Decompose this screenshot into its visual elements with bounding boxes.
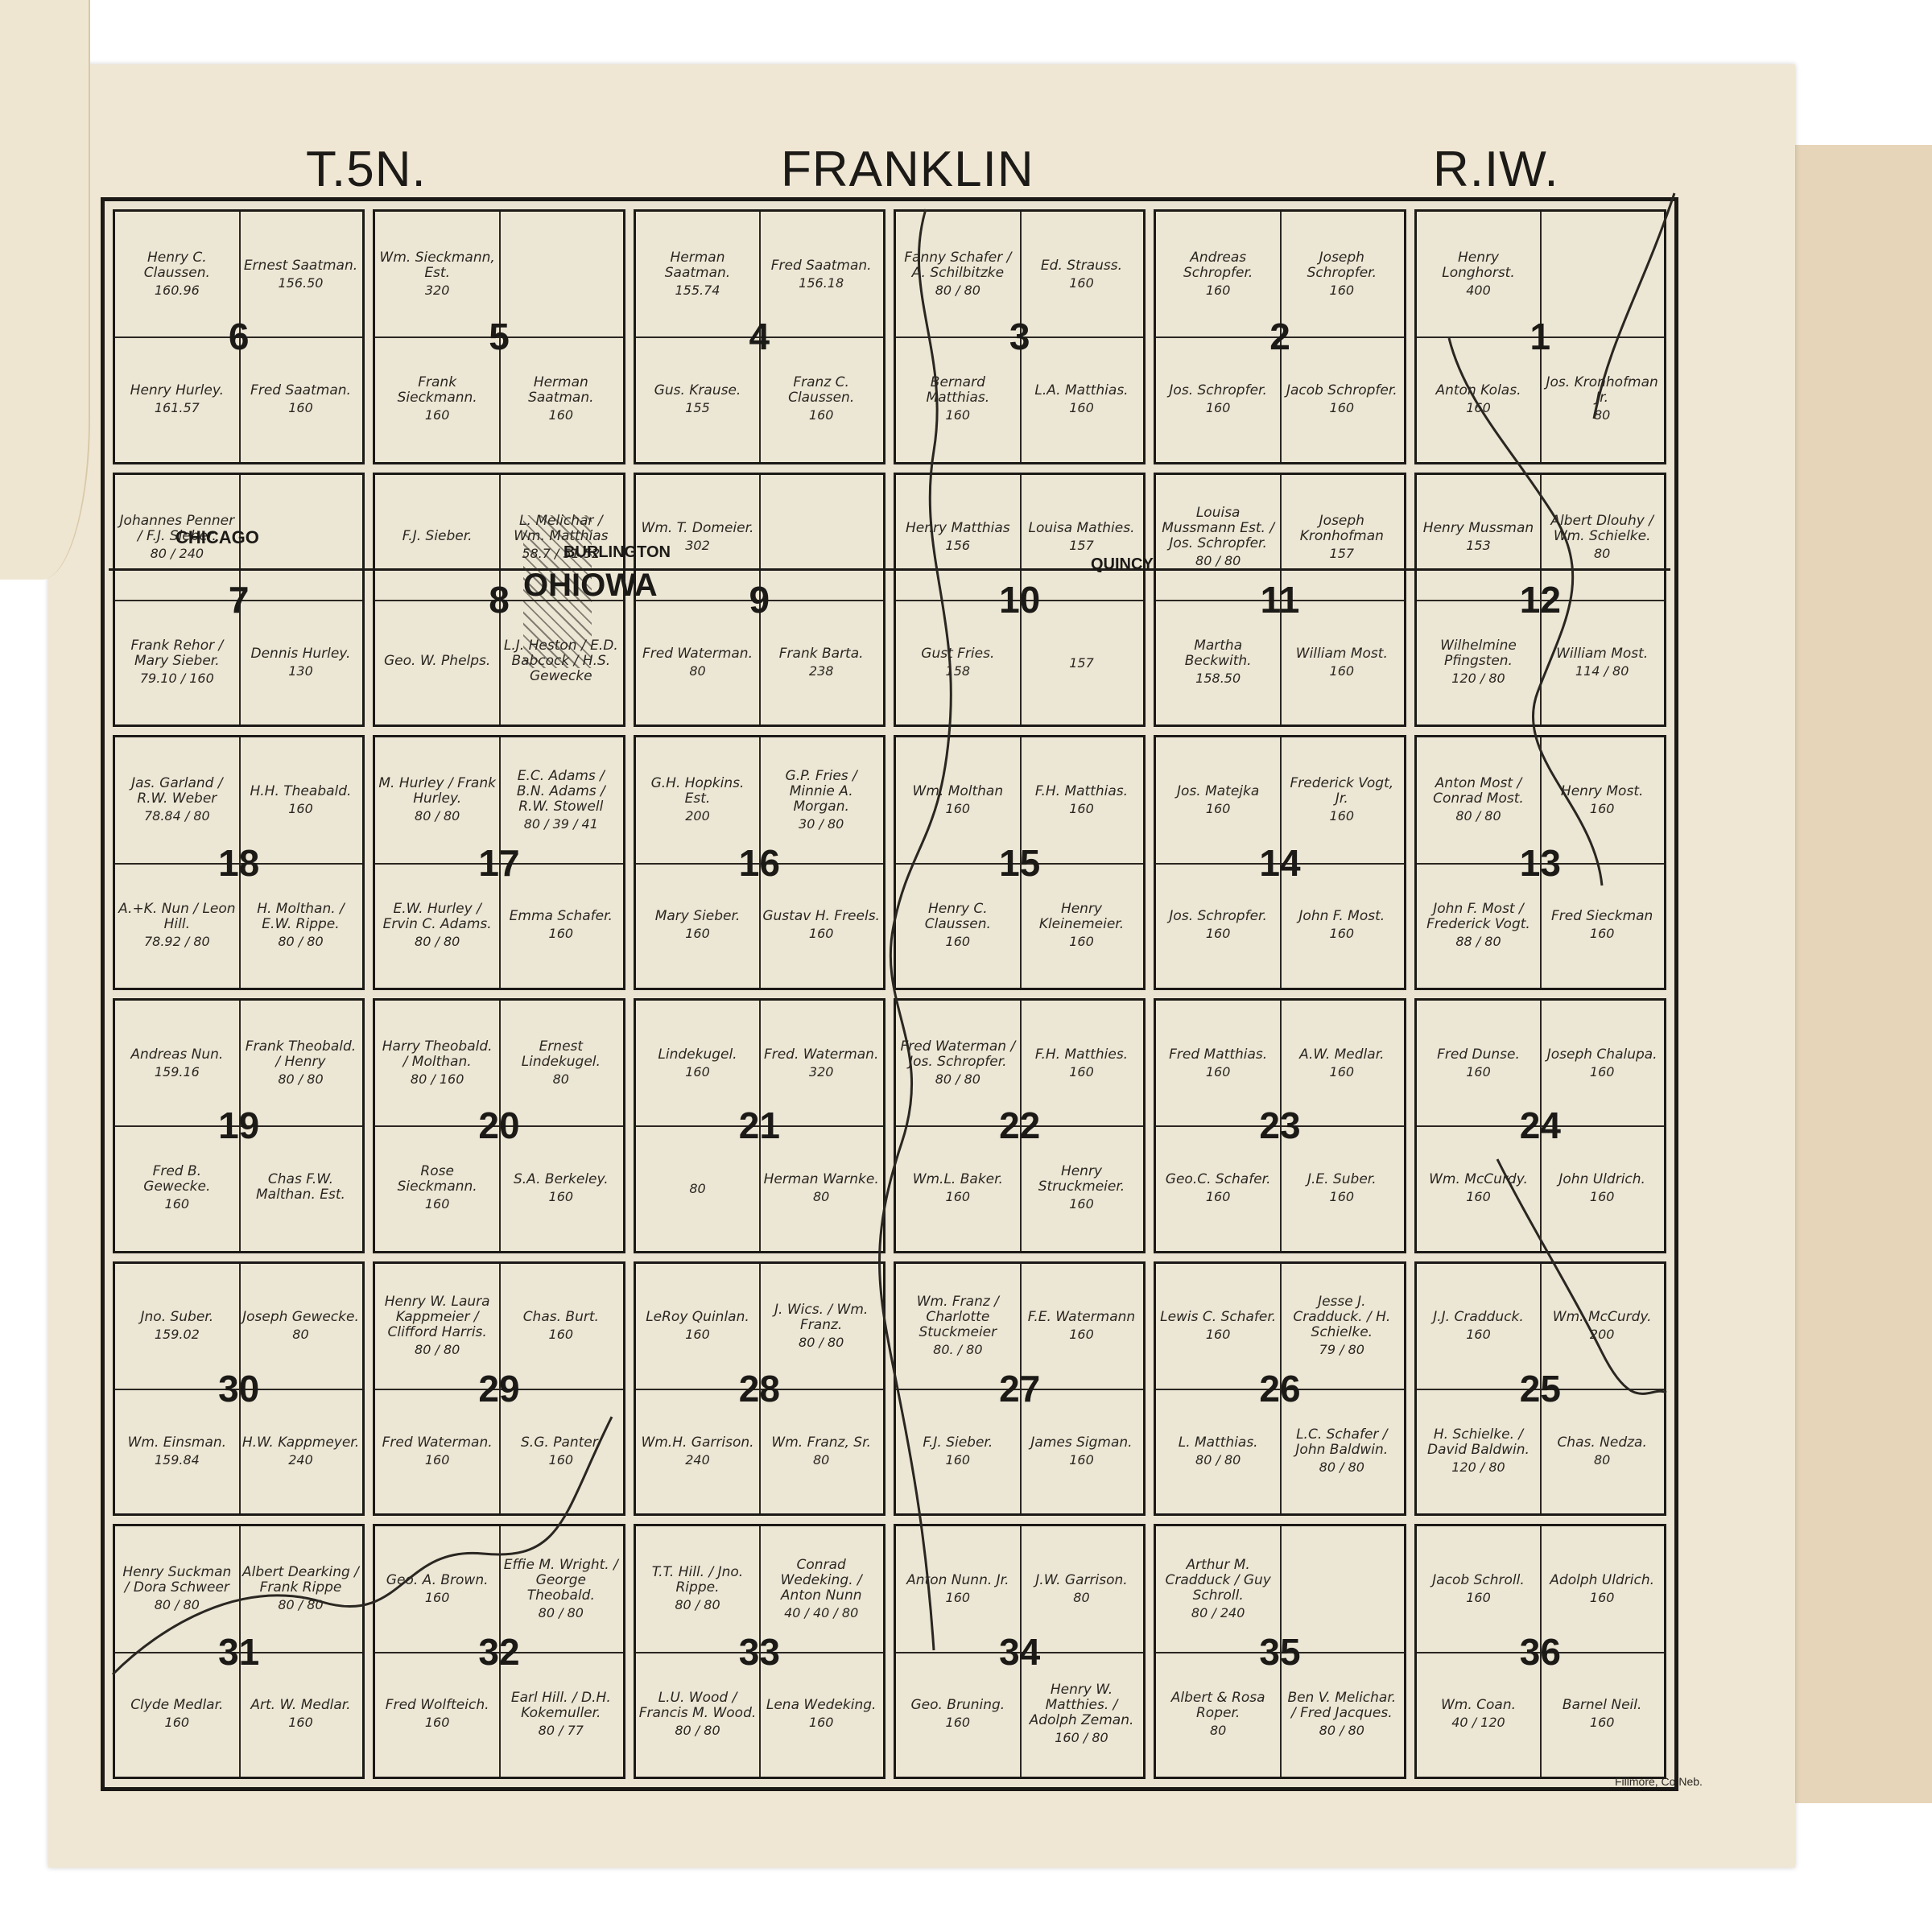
owner-name: Anton Most / Conrad Most. <box>1420 776 1538 807</box>
parcel: Henry Longhorst.400 <box>1417 212 1541 336</box>
owner-name: Louisa Mussmann Est. / Jos. Schropfer. <box>1159 506 1277 551</box>
parcel-acres: 80 / 80 <box>415 808 460 824</box>
owner-name: Henry W. Laura Kappmeier / Clifford Harr… <box>378 1294 496 1340</box>
section-number: 18 <box>218 841 259 885</box>
parcel-acres: 160 <box>1069 1452 1094 1468</box>
parcel: Ed. Strauss.160 <box>1020 212 1144 336</box>
section-1: Henry Longhorst.400Anton Kolas.160Jos. K… <box>1414 209 1666 464</box>
parcel-acres: 30 / 80 <box>799 816 844 832</box>
section-number: 24 <box>1520 1104 1561 1147</box>
parcel-acres: 160 <box>809 407 834 423</box>
parcel-acres: 320 <box>425 283 450 298</box>
owner-name: Barnel Neil. <box>1563 1698 1641 1713</box>
parcel-acres: 320 <box>809 1064 834 1080</box>
section-3: Fanny Schafer / A. Schilbitzke80 / 80Ed.… <box>894 209 1146 464</box>
parcel: Frank Sieckmann.160 <box>375 336 499 461</box>
parcel-acres: 160 <box>288 801 313 816</box>
owner-name: Frank Sieckmann. <box>378 375 496 406</box>
parcel-acres: 160 <box>946 1189 971 1204</box>
section-4: Herman Saatman.155.74Fred Saatman.156.18… <box>634 209 885 464</box>
section-number: 16 <box>739 841 780 885</box>
owner-name: Fred Dunse. <box>1437 1047 1520 1063</box>
section-29: Henry W. Laura Kappmeier / Clifford Harr… <box>373 1261 625 1517</box>
owner-name: F.H. Matthias. <box>1035 784 1128 799</box>
parcel: Fred Waterman.80 <box>636 600 760 724</box>
parcel-acres: 160 <box>946 1452 971 1468</box>
owner-name: Frederick Vogt, Jr. <box>1283 776 1401 807</box>
section-number: 33 <box>739 1630 780 1674</box>
parcel-acres: 80 <box>689 1181 705 1196</box>
parcel-acres: 160 <box>1590 926 1615 941</box>
section-number: 3 <box>1009 315 1030 358</box>
parcel-acres: 160 <box>1330 400 1355 415</box>
owner-name: Henry C. Claussen. <box>118 250 236 281</box>
parcel-acres: 160 <box>946 1590 971 1605</box>
section-number: 25 <box>1520 1367 1561 1410</box>
owner-name: Lena Wedeking. <box>766 1698 877 1713</box>
owner-name: Clyde Medlar. <box>130 1698 223 1713</box>
parcel: Geo. W. Phelps. <box>375 600 499 724</box>
section-number: 31 <box>218 1630 259 1674</box>
section-number: 19 <box>218 1104 259 1147</box>
owner-name: Adolph Uldrich. <box>1550 1573 1654 1588</box>
section-22: Fred Waterman / Jos. Schropfer.80 / 80F.… <box>894 998 1146 1253</box>
parcel-acres: 160 <box>1466 1590 1491 1605</box>
section-35: Arthur M. Cradduck / Guy Schroll.80 / 24… <box>1154 1524 1406 1779</box>
owner-name: Fred Waterman. <box>382 1435 493 1451</box>
owner-name: Ernest Saatman. <box>244 258 357 274</box>
owner-name: Wm. McCurdy. <box>1429 1172 1528 1187</box>
section-14: Jos. Matejka160Frederick Vogt, Jr.160Jos… <box>1154 735 1406 990</box>
owner-name: Lewis C. Schafer. <box>1160 1310 1276 1325</box>
owner-name: Herman Saatman. <box>502 375 620 406</box>
section-24: Fred Dunse.160Joseph Chalupa.160Wm. McCu… <box>1414 998 1666 1253</box>
owner-name: A.+K. Nun / Leon Hill. <box>118 902 236 932</box>
parcel-acres: 80 / 80 <box>1319 1459 1364 1475</box>
owner-name: Jesse J. Cradduck. / H. Schielke. <box>1283 1294 1401 1340</box>
owner-name: Fred Saatman. <box>771 258 872 274</box>
parcel-acres: 200 <box>685 808 710 824</box>
section-18: Jas. Garland / R.W. Weber78.84 / 80H.H. … <box>113 735 365 990</box>
parcel-acres: 160 <box>1590 1590 1615 1605</box>
parcel-acres: 80 / 80 <box>1455 808 1501 824</box>
section-11: Louisa Mussmann Est. / Jos. Schropfer.80… <box>1154 473 1406 728</box>
section-number: 22 <box>999 1104 1040 1147</box>
section-number: 35 <box>1259 1630 1300 1674</box>
parcel-acres: 80 / 77 <box>539 1723 584 1738</box>
owner-name: Geo.C. Schafer. <box>1166 1172 1271 1187</box>
parcel-acres: 114 / 80 <box>1575 663 1629 679</box>
owner-name: H. Schielke. / David Baldwin. <box>1420 1427 1538 1458</box>
parcel-acres: 160.96 <box>155 283 200 298</box>
parcel-acres: 40 / 120 <box>1451 1715 1505 1730</box>
owner-name: Wm.L. Baker. <box>913 1172 1003 1187</box>
parcel <box>759 475 883 600</box>
owner-name: L.C. Schafer / John Baldwin. <box>1283 1427 1401 1458</box>
owner-name: Fanny Schafer / A. Schilbitzke <box>899 250 1017 281</box>
parcel-acres: 160 <box>946 1715 971 1730</box>
owner-name: Geo. Bruning. <box>910 1698 1005 1713</box>
parcel-acres: 130 <box>288 663 313 679</box>
owner-name: Albert Dearking / Frank Rippe <box>242 1565 360 1596</box>
parcel-acres: 160 <box>946 801 971 816</box>
parcel-acres: 160 <box>165 1196 190 1212</box>
parcel-acres: 80 <box>1594 546 1610 561</box>
parcel-acres: 155.74 <box>675 283 720 298</box>
town-label-chicago: CHICAGO <box>175 527 259 548</box>
parcel-acres: 160 <box>1466 1189 1491 1204</box>
owner-name: F.E. Watermann <box>1028 1310 1135 1325</box>
owner-name: Fred Waterman. <box>642 646 753 662</box>
owner-name: Chas. Burt. <box>523 1310 599 1325</box>
parcel-acres: 400 <box>1466 283 1491 298</box>
town-label-ohiowa: OHIOWA <box>523 568 658 604</box>
section-number: 15 <box>999 841 1040 885</box>
owner-name: Harry Theobald. / Molthan. <box>378 1039 496 1070</box>
section-27: Wm. Franz / Charlotte Stuckmeier80. / 80… <box>894 1261 1146 1517</box>
parcel-acres: 78.92 / 80 <box>144 934 210 949</box>
section-16: G.H. Hopkins. Est.200G.P. Fries / Minnie… <box>634 735 885 990</box>
parcel-acres: 80 <box>1073 1590 1089 1605</box>
section-30: Jno. Suber.159.02Joseph Gewecke.80Wm. Ei… <box>113 1261 365 1517</box>
section-number: 36 <box>1520 1630 1561 1674</box>
owner-name: Henry C. Claussen. <box>899 902 1017 932</box>
parcel-acres: 80 / 80 <box>675 1723 720 1738</box>
parcel-acres: 80 / 80 <box>935 1071 980 1087</box>
owner-name: Wm. Franz / Charlotte Stuckmeier <box>899 1294 1017 1340</box>
parcel-acres: 160 <box>549 407 574 423</box>
owner-name: Andreas Schropfer. <box>1159 250 1277 281</box>
parcel-acres: 80 / 240 <box>1191 1605 1245 1620</box>
parcel-acres: 80 / 80 <box>799 1335 844 1350</box>
parcel-acres: 160 <box>685 1064 710 1080</box>
owner-name: Henry Matthias <box>906 521 1010 536</box>
owner-name: Jos. Schropfer. <box>1169 909 1266 924</box>
section-number: 29 <box>478 1367 519 1410</box>
section-7: Johannes Penner / F.J. Sieber.80 / 240Fr… <box>113 473 365 728</box>
owner-name: Jacob Schropfer. <box>1286 383 1397 398</box>
parcel-acres: 240 <box>685 1452 710 1468</box>
parcel-acres: 80 / 80 <box>415 934 460 949</box>
section-number: 30 <box>218 1367 259 1410</box>
section-number: 1 <box>1530 315 1551 358</box>
parcel: F.J. Sieber. <box>375 475 499 600</box>
owner-name: G.H. Hopkins. Est. <box>639 776 757 807</box>
owner-name: Wm. Molthan <box>913 784 1004 799</box>
owner-name: M. Hurley / Frank Hurley. <box>378 776 496 807</box>
parcel-acres: 160 <box>425 1590 450 1605</box>
owner-name: T.T. Hill. / Jno. Rippe. <box>639 1565 757 1596</box>
owner-name: Fred B. Gewecke. <box>118 1164 236 1195</box>
parcel-acres: 156.18 <box>799 275 844 291</box>
owner-name: Fred Matthias. <box>1169 1047 1267 1063</box>
section-number: 20 <box>478 1104 519 1147</box>
section-number: 4 <box>749 315 770 358</box>
owner-name: Frank Rehor / Mary Sieber. <box>118 638 236 669</box>
folded-page-corner <box>0 0 90 580</box>
parcel: Fred Saatman.156.18 <box>759 212 883 336</box>
owner-name: Wm. Coan. <box>1441 1698 1516 1713</box>
parcel-acres: 156.50 <box>278 275 323 291</box>
section-number: 6 <box>229 315 250 358</box>
owner-name: Lindekugel. <box>658 1047 737 1063</box>
parcel-acres: 160 <box>165 1715 190 1730</box>
owner-name: Emma Schafer. <box>510 909 613 924</box>
owner-name: H.H. Theabald. <box>250 784 352 799</box>
parcel: Joseph Schropfer.160 <box>1280 212 1404 336</box>
owner-name: Wm. Franz, Sr. <box>771 1435 871 1451</box>
owner-name: Wilhelmine Pfingsten. <box>1420 638 1538 669</box>
owner-name: Henry Hurley. <box>130 383 224 398</box>
owner-name: J.E. Suber. <box>1307 1172 1377 1187</box>
section-number: 21 <box>739 1104 780 1147</box>
section-26: Lewis C. Schafer.160Jesse J. Cradduck. /… <box>1154 1261 1406 1517</box>
parcel-acres: 157 <box>1069 538 1094 553</box>
section-23: Fred Matthias.160A.W. Medlar.160Geo.C. S… <box>1154 998 1406 1253</box>
owner-name: Albert & Rosa Roper. <box>1159 1690 1277 1721</box>
owner-name: Henry Struckmeier. <box>1023 1164 1141 1195</box>
section-number: 26 <box>1259 1367 1300 1410</box>
owner-name: John F. Most / Frederick Vogt. <box>1420 902 1538 932</box>
owner-name: Jas. Garland / R.W. Weber <box>118 776 236 807</box>
section-25: J.J. Cradduck.160Wm. McCurdy.200H. Schie… <box>1414 1261 1666 1517</box>
parcel-acres: 160 <box>425 407 450 423</box>
owner-name: A.W. Medlar. <box>1299 1047 1384 1063</box>
owner-name: Joseph Chalupa. <box>1547 1047 1657 1063</box>
back-page-edge <box>1787 145 1932 1803</box>
parcel-acres: 160 <box>288 400 313 415</box>
owner-name: Frank Theobald. / Henry <box>242 1039 360 1070</box>
owner-name: Ben V. Melichar. / Fred Jacques. <box>1283 1690 1401 1721</box>
parcel-acres: 160 <box>1206 801 1231 816</box>
parcel-acres: 80 / 80 <box>155 1597 200 1612</box>
township-title: FRANKLIN <box>781 141 1034 198</box>
parcel-acres: 161.57 <box>155 400 200 415</box>
parcel-acres: 80. / 80 <box>933 1342 982 1357</box>
owner-name: Dennis Hurley. <box>251 646 351 662</box>
owner-name: Wm. Einsman. <box>128 1435 226 1451</box>
owner-name: Herman Saatman. <box>639 250 757 281</box>
parcel: Frank Barta.238 <box>759 600 883 724</box>
owner-name: Jacob Schroll. <box>1432 1573 1525 1588</box>
section-number: 5 <box>489 315 510 358</box>
owner-name: Henry Kleinemeier. <box>1023 902 1141 932</box>
owner-name: Fred Sieckman <box>1551 909 1653 924</box>
section-5: Wm. Sieckmann, Est.320Frank Sieckmann.16… <box>373 209 625 464</box>
owner-name: L.U. Wood / Francis M. Wood. <box>639 1690 757 1721</box>
owner-name: Wm. T. Domeier. <box>642 521 754 536</box>
owner-name: Ernest Lindekugel. <box>502 1039 620 1070</box>
section-34: Anton Nunn. Jr.160J.W. Garrison.80Geo. B… <box>894 1524 1146 1779</box>
parcel-acres: 160 <box>1590 1715 1615 1730</box>
parcel: Frank Rehor / Mary Sieber.79.10 / 160 <box>115 600 239 724</box>
parcel-acres: 160 <box>685 926 710 941</box>
parcel-acres: 160 <box>1466 400 1491 415</box>
section-6: Henry C. Claussen.160.96Ernest Saatman.1… <box>113 209 365 464</box>
parcel-acres: 160 <box>946 934 971 949</box>
owner-name: Jos. Matejka <box>1177 784 1259 799</box>
owner-name: Gus. Krause. <box>654 383 741 398</box>
owner-name: Chas. Nedza. <box>1557 1435 1646 1451</box>
owner-name: Henry Suckman / Dora Schweer <box>118 1565 236 1596</box>
owner-name: John F. Most. <box>1298 909 1385 924</box>
parcel-acres: 160 <box>1206 1189 1231 1204</box>
parcel-acres: 79.10 / 160 <box>140 671 214 686</box>
owner-name: Arthur M. Cradduck / Guy Schroll. <box>1159 1558 1277 1604</box>
owner-name: LeRoy Quinlan. <box>646 1310 749 1325</box>
parcel: Henry C. Claussen.160.96 <box>115 212 239 336</box>
map-footer: Fillmore, Co Neb. <box>1615 1775 1703 1788</box>
owner-name: Anton Kolas. <box>1435 383 1521 398</box>
parcel-acres: 302 <box>685 538 710 553</box>
section-number: 12 <box>1520 578 1561 621</box>
parcel-acres: 160 <box>1069 275 1094 291</box>
parcel-acres: 160 <box>1330 1064 1355 1080</box>
parcel-acres: 160 <box>1330 808 1355 824</box>
parcel-acres: 160 / 80 <box>1055 1730 1108 1745</box>
parcel: Jos. Schropfer.160 <box>1156 336 1280 461</box>
parcel-acres: 160 <box>1069 934 1094 949</box>
parcel: Fred Saatman.160 <box>239 336 363 461</box>
parcel-acres: 78.84 / 80 <box>144 808 210 824</box>
owner-name: G.P. Fries / Minnie A. Morgan. <box>762 769 880 815</box>
owner-name: L. Matthias. <box>1179 1435 1258 1451</box>
parcel-acres: 160 <box>809 1715 834 1730</box>
parcel-acres: 160 <box>1206 1064 1231 1080</box>
owner-name: E.W. Hurley / Ervin C. Adams. <box>378 902 496 932</box>
parcel: Bernard Matthias.160 <box>896 336 1020 461</box>
owner-name: Mary Sieber. <box>655 909 741 924</box>
parcel-acres: 80 <box>1594 407 1610 423</box>
parcel-acres: 80 / 160 <box>411 1071 464 1087</box>
parcel: Ernest Saatman.156.50 <box>239 212 363 336</box>
parcel-acres: 160 <box>549 1189 574 1204</box>
section-33: T.T. Hill. / Jno. Rippe.80 / 80Conrad We… <box>634 1524 885 1779</box>
owner-name: Geo. W. Phelps. <box>384 654 490 669</box>
parcel-acres: 80 / 39 / 41 <box>524 816 598 832</box>
section-grid: Henry C. Claussen.160.96Ernest Saatman.1… <box>113 209 1666 1779</box>
owner-name: Fred Waterman / Jos. Schropfer. <box>899 1039 1017 1070</box>
owner-name: Effie M. Wright. / George Theobald. <box>502 1558 620 1604</box>
section-number: 7 <box>229 578 250 621</box>
owner-name: Jno. Suber. <box>141 1310 214 1325</box>
owner-name: Earl Hill. / D.H. Kokemuller. <box>502 1690 620 1721</box>
parcel-acres: 159.84 <box>155 1452 200 1468</box>
owner-name: S.A. Berkeley. <box>514 1172 609 1187</box>
section-36: Jacob Schroll.160Adolph Uldrich.160Wm. C… <box>1414 1524 1666 1779</box>
owner-name: Albert Dlouhy / Wm. Schielke. <box>1543 514 1661 544</box>
owner-name: F.J. Sieber. <box>923 1435 993 1451</box>
parcel-acres: 159.02 <box>155 1327 200 1342</box>
parcel <box>1540 212 1664 336</box>
section-number: 9 <box>749 578 770 621</box>
section-32: Geo. A. Brown.160Effie M. Wright. / Geor… <box>373 1524 625 1779</box>
parcel-acres: 157 <box>1330 546 1355 561</box>
section-10: Henry Matthias156Louisa Mathies.157Gust … <box>894 473 1146 728</box>
parcel-acres: 157 <box>1069 655 1094 671</box>
section-19: Andreas Nun.159.16Frank Theobald. / Henr… <box>113 998 365 1253</box>
parcel-acres: 80 <box>553 1071 569 1087</box>
parcel <box>499 212 623 336</box>
parcel: Fanny Schafer / A. Schilbitzke80 / 80 <box>896 212 1020 336</box>
owner-name: Frank Barta. <box>779 646 864 662</box>
parcel: Wm. Sieckmann, Est.320 <box>375 212 499 336</box>
parcel-acres: 160 <box>425 1715 450 1730</box>
parcel-acres: 160 <box>425 1196 450 1212</box>
parcel-acres: 80 / 80 <box>1195 1452 1241 1468</box>
parcel-acres: 160 <box>425 1452 450 1468</box>
township-label: T.5N. <box>306 141 427 198</box>
parcel-acres: 158 <box>946 663 971 679</box>
section-21: Lindekugel.160Fred. Waterman.32080Herman… <box>634 998 885 1253</box>
owner-name: Fred. Waterman. <box>764 1047 878 1063</box>
parcel: Franz C. Claussen.160 <box>759 336 883 461</box>
section-28: LeRoy Quinlan.160J. Wics. / Wm. Franz.80… <box>634 1261 885 1517</box>
parcel: Dennis Hurley.130 <box>239 600 363 724</box>
section-15: Wm. Molthan160F.H. Matthias.160Henry C. … <box>894 735 1146 990</box>
section-number: 28 <box>739 1367 780 1410</box>
owner-name: Geo. A. Brown. <box>386 1573 489 1588</box>
owner-name: Joseph Kronhofman <box>1283 514 1401 544</box>
parcel: L.A. Matthias.160 <box>1020 336 1144 461</box>
parcel-acres: 238 <box>809 663 834 679</box>
parcel-acres: 80 / 80 <box>278 934 323 949</box>
parcel-acres: 88 / 80 <box>1455 934 1501 949</box>
parcel-acres: 120 / 80 <box>1451 1459 1505 1475</box>
parcel-acres: 80 / 80 <box>415 1342 460 1357</box>
owner-name: Wm. Sieckmann, Est. <box>378 250 496 281</box>
parcel-acres: 79 / 80 <box>1319 1342 1364 1357</box>
section-number: 14 <box>1259 841 1300 885</box>
owner-name: Joseph Schropfer. <box>1283 250 1401 281</box>
owner-name: Louisa Mathies. <box>1028 521 1134 536</box>
owner-name: Martha Beckwith. <box>1159 638 1277 669</box>
parcel-acres: 80 / 80 <box>278 1597 323 1612</box>
parcel-acres: 160 <box>288 1715 313 1730</box>
owner-name: Gustav H. Freels. <box>762 909 880 924</box>
section-20: Harry Theobald. / Molthan.80 / 160Ernest… <box>373 998 625 1253</box>
owner-name: Joseph Gewecke. <box>242 1310 359 1325</box>
owner-name: John Uldrich. <box>1558 1172 1645 1187</box>
owner-name: Wm. McCurdy. <box>1553 1310 1652 1325</box>
parcel-acres: 240 <box>288 1452 313 1468</box>
section-number: 2 <box>1269 315 1290 358</box>
section-31: Henry Suckman / Dora Schweer80 / 80Alber… <box>113 1524 365 1779</box>
parcel-acres: 158.50 <box>1195 671 1241 686</box>
parcel-acres: 160 <box>1069 400 1094 415</box>
owner-name: Art. W. Medlar. <box>250 1698 350 1713</box>
parcel-acres: 159.16 <box>155 1064 200 1080</box>
owner-name: Rose Sieckmann. <box>378 1164 496 1195</box>
parcel-acres: 160 <box>1590 1189 1615 1204</box>
parcel-acres: 80 / 80 <box>675 1597 720 1612</box>
owner-name: J. Wics. / Wm. Franz. <box>762 1302 880 1333</box>
owner-name: Gust Fries. <box>921 646 994 662</box>
owner-name: Jos. Schropfer. <box>1169 383 1266 398</box>
owner-name: Herman Warnke. <box>764 1172 879 1187</box>
parcel: Jos. Kronhofman Jr.80 <box>1540 336 1664 461</box>
owner-name: James Sigman. <box>1030 1435 1132 1451</box>
parcel-acres: 160 <box>1206 400 1231 415</box>
owner-name: Jos. Kronhofman Jr. <box>1543 375 1661 406</box>
parcel-acres: 160 <box>549 1327 574 1342</box>
owner-name: H.W. Kappmeyer. <box>242 1435 359 1451</box>
owner-name: Fred Wolfteich. <box>386 1698 489 1713</box>
parcel-acres: 80 <box>813 1452 829 1468</box>
owner-name: Henry Most. <box>1561 784 1643 799</box>
parcel: Andreas Schropfer.160 <box>1156 212 1280 336</box>
parcel-acres: 80 <box>689 663 705 679</box>
